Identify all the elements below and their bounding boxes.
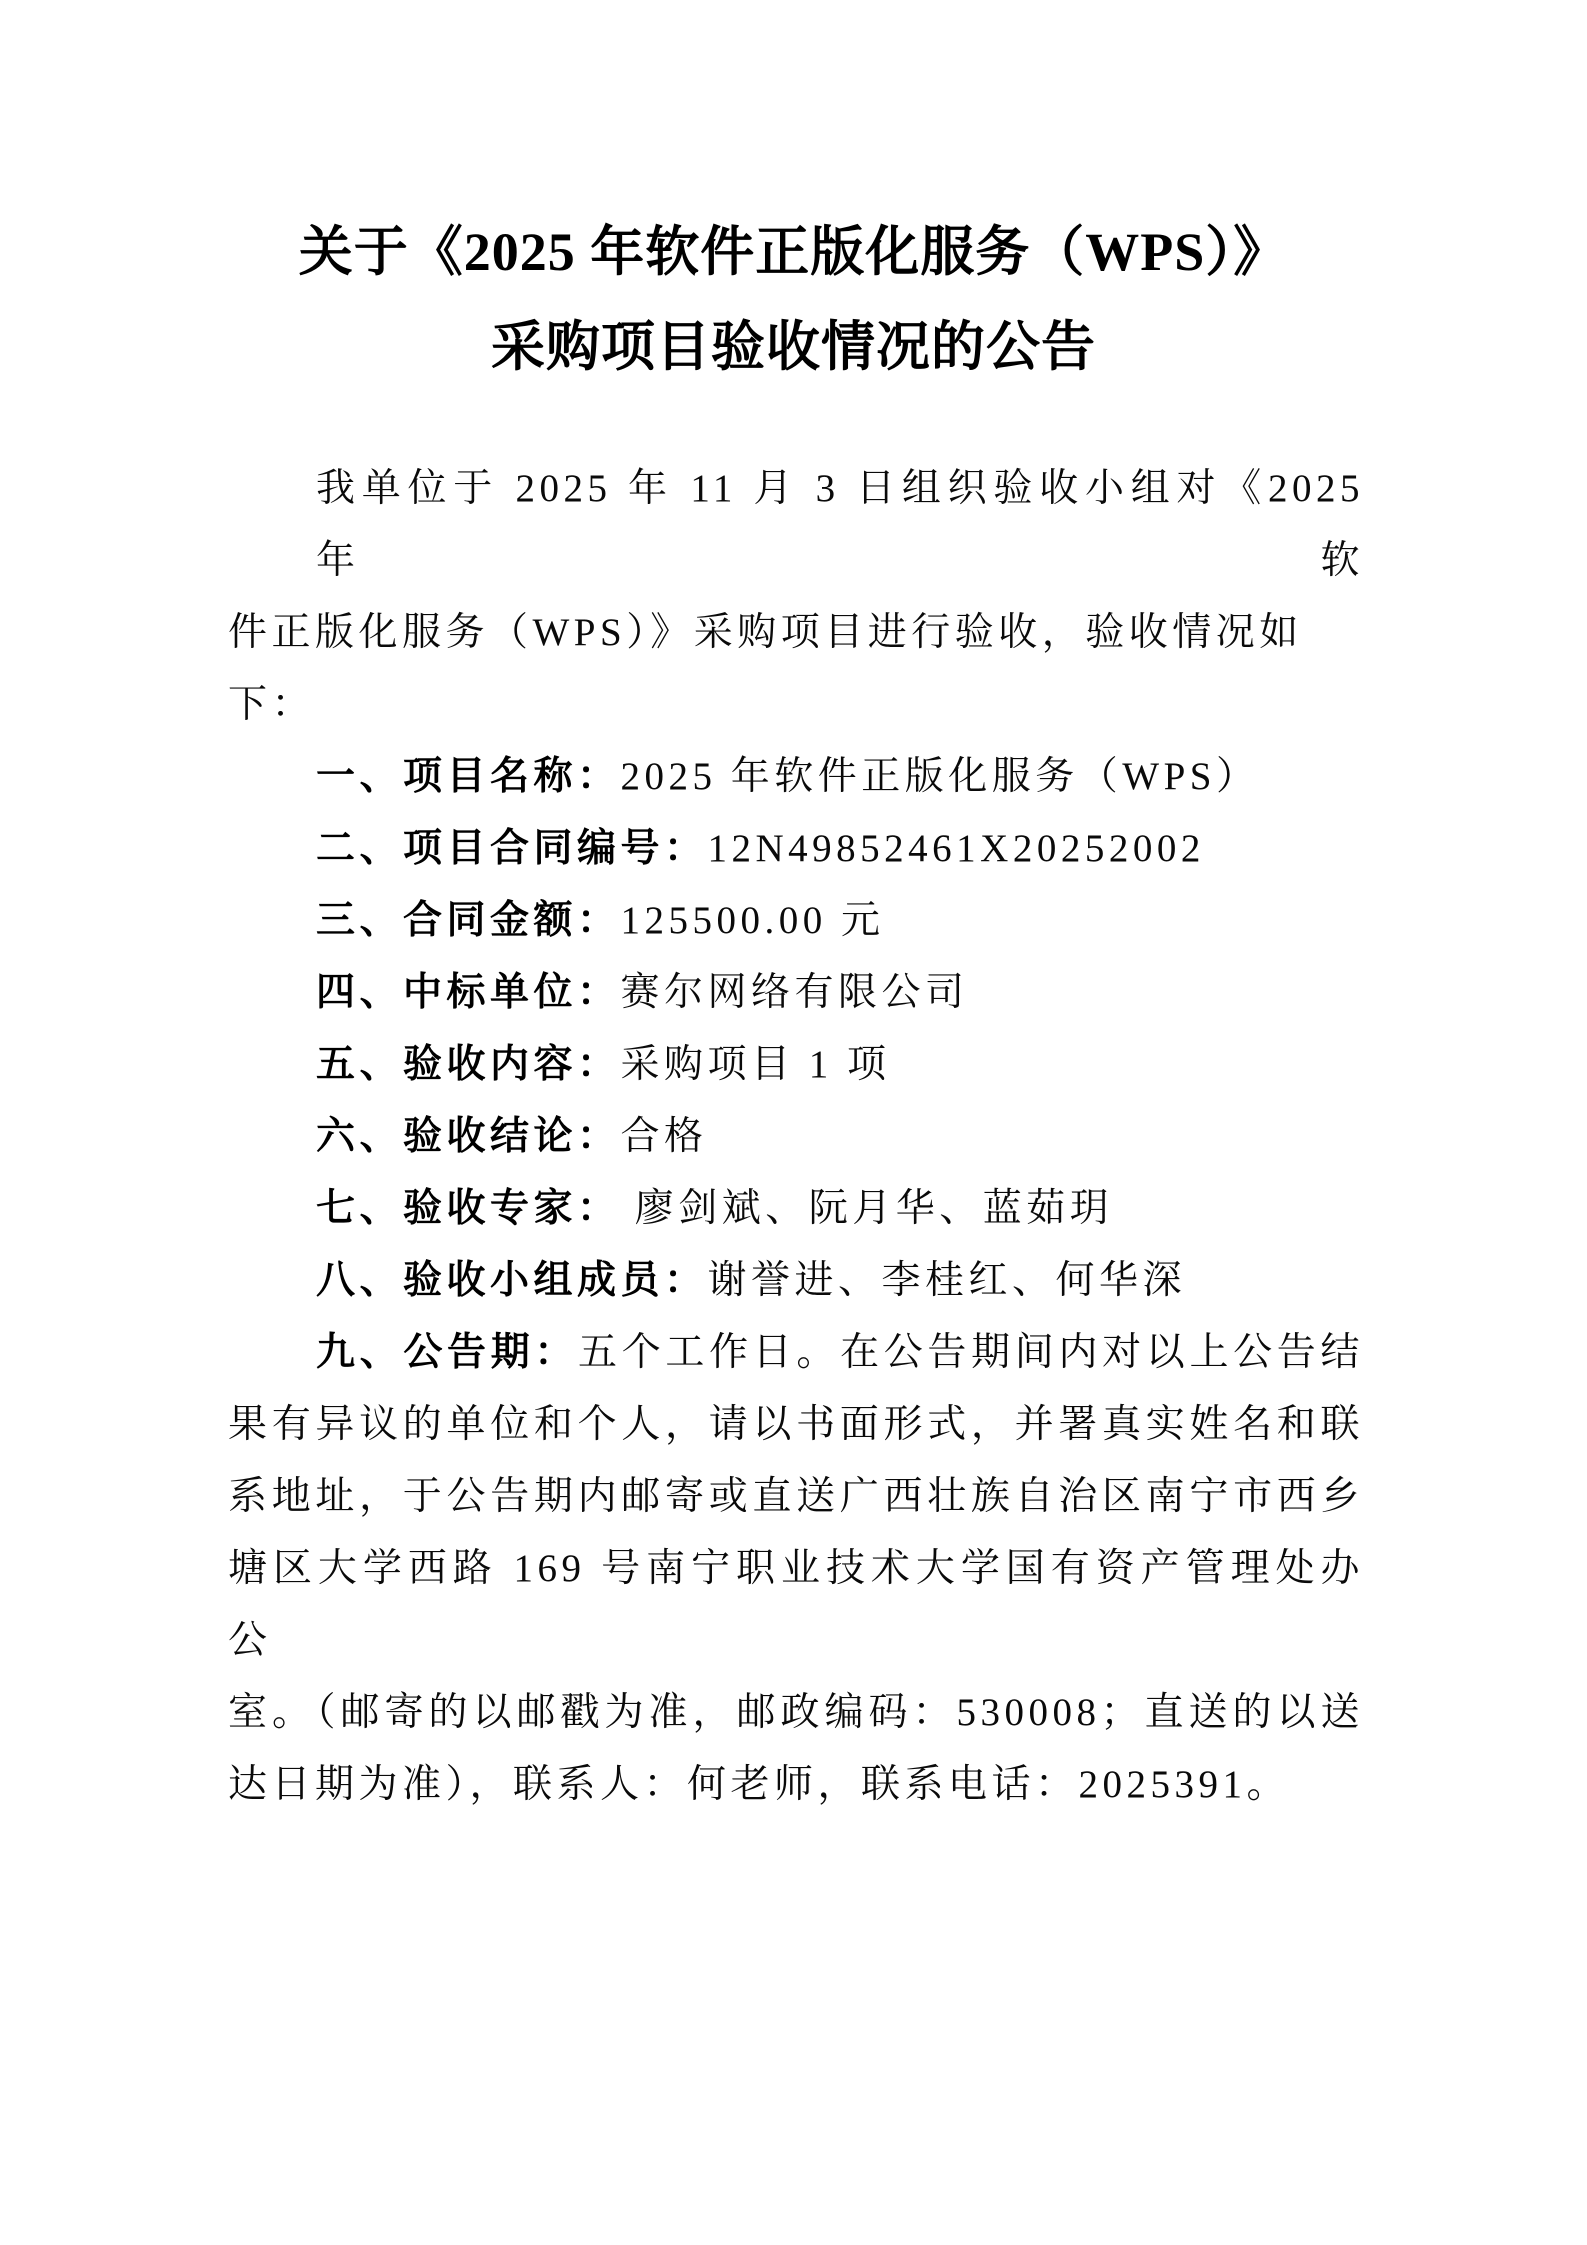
item-label: 六、验收结论： [316, 1115, 621, 1158]
announcement-line-3: 系地址，于公告期内邮寄或直送广西壮族自治区南宁市西乡 [228, 1461, 1364, 1533]
item-label: 五、验收内容： [316, 1043, 621, 1086]
list-item-contract-amount: 三、合同金额：125500.00 元 [228, 885, 1364, 957]
item-label: 七、验收专家： [316, 1187, 621, 1230]
list-item-contract-number: 二、项目合同编号：12N49852461X20252002 [228, 813, 1364, 885]
item-value: 合格 [621, 1115, 708, 1158]
intro-line-2: 件正版化服务（WPS）》采购项目进行验收，验收情况如下： [228, 597, 1364, 741]
item-value: 2025 年软件正版化服务（WPS） [621, 755, 1260, 798]
list-item-winning-bidder: 四、中标单位：赛尔网络有限公司 [228, 957, 1364, 1029]
announcement-line-4: 塘区大学西路 169 号南宁职业技术大学国有资产管理处办公 [228, 1533, 1364, 1677]
document-title-line2: 采购项目验收情况的公告 [0, 300, 1587, 395]
item-value: 谢誉进、李桂红、何华深 [708, 1259, 1187, 1302]
list-item-acceptance-conclusion: 六、验收结论：合格 [228, 1101, 1364, 1173]
list-item-project-name: 一、项目名称：2025 年软件正版化服务（WPS） [228, 741, 1364, 813]
announcement-text: 五个工作日。在公告期间内对以上公告结 [578, 1331, 1364, 1374]
intro-line-1: 我单位于 2025 年 11 月 3 日组织验收小组对《2025 年软 [228, 453, 1364, 597]
item-value: 采购项目 1 项 [621, 1043, 891, 1086]
list-item-acceptance-experts: 七、验收专家： 廖剑斌、阮月华、蓝茹玥 [228, 1173, 1364, 1245]
announcement-line-6: 达日期为准），联系人：何老师，联系电话：2025391。 [228, 1749, 1364, 1821]
item-value: 12N49852461X20252002 [708, 827, 1205, 870]
item-value: 赛尔网络有限公司 [621, 971, 969, 1014]
item-label: 三、合同金额： [316, 899, 621, 942]
announcement-line-1: 九、公告期：五个工作日。在公告期间内对以上公告结 [228, 1317, 1364, 1389]
document-body: 我单位于 2025 年 11 月 3 日组织验收小组对《2025 年软 件正版化… [228, 453, 1364, 1821]
item-label: 四、中标单位： [316, 971, 621, 1014]
item-label: 二、项目合同编号： [316, 827, 708, 870]
item-value: 廖剑斌、阮月华、蓝茹玥 [621, 1187, 1114, 1230]
announcement-line-5: 室。（邮寄的以邮戳为准，邮政编码：530008；直送的以送 [228, 1677, 1364, 1749]
item-label: 九、公告期： [316, 1331, 578, 1374]
item-label: 一、项目名称： [316, 755, 621, 798]
list-item-acceptance-content: 五、验收内容：采购项目 1 项 [228, 1029, 1364, 1101]
item-value: 125500.00 元 [621, 899, 885, 942]
list-item-acceptance-team: 八、验收小组成员：谢誉进、李桂红、何华深 [228, 1245, 1364, 1317]
announcement-line-2: 果有异议的单位和个人，请以书面形式，并署真实姓名和联 [228, 1389, 1364, 1461]
document-title: 关于《2025 年软件正版化服务（WPS）》 采购项目验收情况的公告 [0, 205, 1587, 395]
document-page: 关于《2025 年软件正版化服务（WPS）》 采购项目验收情况的公告 我单位于 … [0, 0, 1587, 2245]
item-label: 八、验收小组成员： [316, 1259, 708, 1302]
document-title-line1: 关于《2025 年软件正版化服务（WPS）》 [0, 205, 1587, 300]
